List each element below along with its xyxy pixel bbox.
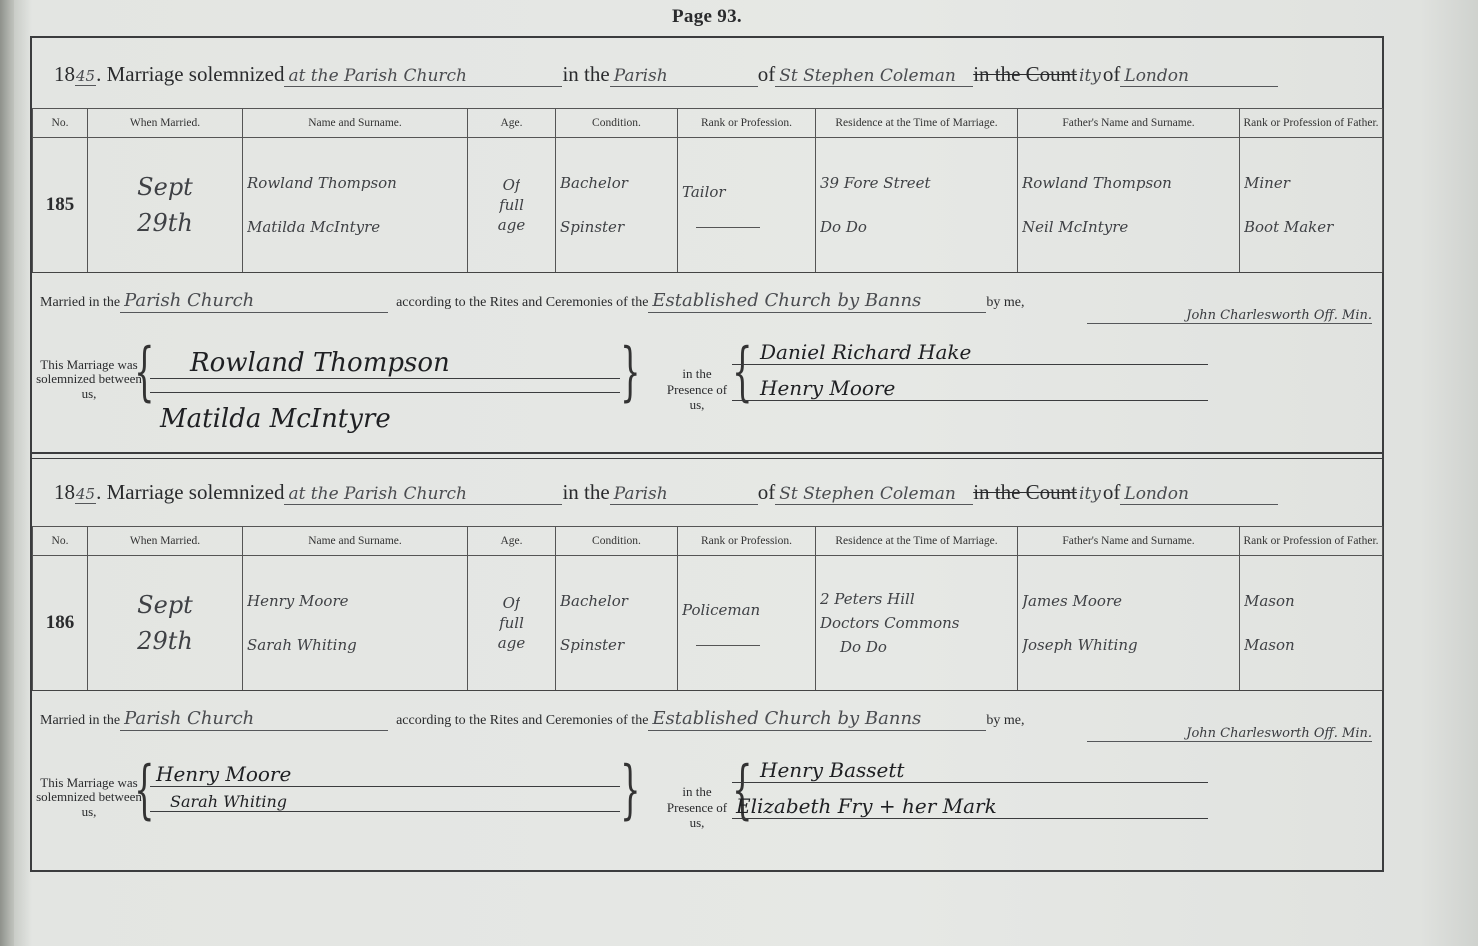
printed-text: by me,: [986, 713, 1024, 729]
header-name: Name and Surname.: [243, 527, 468, 556]
married-in-field: Parish Church: [120, 708, 388, 731]
witness-1-signature: Henry Bassett: [732, 758, 1208, 783]
printed-text: by me,: [986, 295, 1024, 311]
signature-rule: [150, 392, 620, 393]
condition-cell: Bachelor Spinster: [556, 138, 678, 273]
header-father-rank: Rank or Profession of Father.: [1240, 109, 1383, 138]
column-headers: No. When Married. Name and Surname. Age.…: [33, 109, 1383, 138]
rank-cell: Tailor: [678, 138, 816, 273]
bride-name: Matilda McIntyre: [247, 218, 463, 236]
year-suffix: 45: [75, 67, 96, 86]
age-text: Of: [503, 594, 521, 612]
heading-text: in the: [562, 62, 609, 87]
father-name-cell: Rowland Thompson Neil McIntyre: [1018, 138, 1240, 273]
ledger-bottom-rule: [30, 870, 1384, 872]
age-text: age: [498, 216, 525, 234]
printed-text: according to the Rites and Ceremonies of…: [396, 295, 648, 311]
groom-signature: Henry Moore: [150, 762, 620, 787]
father-name-cell: James Moore Joseph Whiting: [1018, 556, 1240, 691]
groom-residence: 39 Fore Street: [820, 174, 1013, 192]
age-text: age: [498, 634, 525, 652]
officiant-signature: John Charlesworth Off. Min.: [1087, 726, 1372, 742]
brace-right: }: [620, 340, 640, 404]
marriage-entry-185: 1845. Marriage solemnized at the Parish …: [32, 40, 1382, 454]
county-field: London: [1120, 66, 1278, 87]
groom-father-rank: Mason: [1244, 592, 1378, 610]
age-cell: Of full age: [468, 138, 556, 273]
presence-label: in the Presence of us,: [662, 366, 732, 413]
groom-signature: Rowland Thompson: [150, 348, 620, 379]
names-cell: Rowland Thompson Matilda McIntyre: [243, 138, 468, 273]
names-cell: Henry Moore Sarah Whiting: [243, 556, 468, 691]
day: 29th: [137, 209, 193, 237]
parish-field: St Stephen Coleman: [775, 484, 973, 505]
header-age: Age.: [468, 527, 556, 556]
groom-residence-2: Doctors Commons: [820, 614, 1013, 632]
residence-cell: 39 Fore Street Do Do: [816, 138, 1018, 273]
bride-signature: Sarah Whiting: [150, 792, 620, 812]
month: Sept: [137, 173, 193, 201]
married-in-line: Married in the Parish Church according t…: [40, 708, 1025, 731]
blank-dash: [696, 645, 760, 646]
year-prefix: 18: [54, 62, 75, 87]
bride-father-rank: Boot Maker: [1244, 218, 1378, 236]
heading-text: of: [1103, 62, 1121, 87]
table-row: 185 Sept 29th Rowland Thompson Matilda M…: [33, 138, 1383, 273]
groom-father: James Moore: [1022, 592, 1235, 610]
officiant-signature: John Charlesworth Off. Min.: [1087, 308, 1372, 324]
between-us-label: This Marriage was solemnized between us,: [36, 776, 142, 819]
age-text: full: [499, 614, 524, 632]
groom-residence: 2 Peters Hill: [820, 590, 1013, 608]
printed-text: Married in the: [40, 713, 120, 729]
groom-rank: Tailor: [682, 183, 811, 201]
header-father-name: Father's Name and Surname.: [1018, 527, 1240, 556]
bride-father: Joseph Whiting: [1022, 636, 1235, 654]
header-rank: Rank or Profession.: [678, 527, 816, 556]
heading-text: of: [758, 62, 776, 87]
place-field: at the Parish Church: [284, 66, 562, 87]
blank-dash: [696, 227, 760, 228]
groom-father-rank: Miner: [1244, 174, 1378, 192]
heading-text: in the Count: [973, 480, 1077, 505]
groom-father: Rowland Thompson: [1022, 174, 1235, 192]
when-married-cell: Sept 29th: [88, 138, 243, 273]
district-field: Parish: [610, 66, 758, 87]
header-condition: Condition.: [556, 109, 678, 138]
entry-number: 186: [33, 556, 88, 691]
heading-text: . Marriage solemnized: [96, 62, 284, 87]
groom-condition: Bachelor: [560, 174, 673, 192]
witness-2-signature: Elizabeth Fry + her Mark: [732, 794, 1208, 819]
rites-field: Established Church by Banns: [648, 708, 986, 731]
county-correction: ity: [1077, 484, 1103, 504]
day: 29th: [137, 627, 193, 655]
bride-condition: Spinster: [560, 636, 673, 654]
witness-1-signature: Daniel Richard Hake: [732, 340, 1208, 365]
header-father-rank: Rank or Profession of Father.: [1240, 527, 1383, 556]
bride-name: Sarah Whiting: [247, 636, 463, 654]
bride-signature: Matilda McIntyre: [160, 404, 391, 434]
groom-rank: Policeman: [682, 601, 811, 619]
header-father-name: Father's Name and Surname.: [1018, 109, 1240, 138]
age-text: full: [499, 196, 524, 214]
condition-cell: Bachelor Spinster: [556, 556, 678, 691]
father-rank-cell: Mason Mason: [1240, 556, 1383, 691]
entry-heading: 1845. Marriage solemnized at the Parish …: [54, 62, 1278, 87]
heading-text: of: [1103, 480, 1121, 505]
entry-number: 185: [33, 138, 88, 273]
place-field: at the Parish Church: [284, 484, 562, 505]
between-us-label: This Marriage was solemnized between us,: [36, 358, 142, 401]
year-suffix: 45: [75, 485, 96, 504]
printed-text: Married in the: [40, 295, 120, 311]
presence-label: in the Presence of us,: [662, 784, 732, 831]
married-in-line: Married in the Parish Church according t…: [40, 290, 1025, 313]
entry-heading: 1845. Marriage solemnized at the Parish …: [54, 480, 1278, 505]
bride-residence: Do Do: [820, 218, 1013, 236]
marriage-entry-186: 1845. Marriage solemnized at the Parish …: [32, 458, 1382, 870]
register-table: No. When Married. Name and Surname. Age.…: [32, 108, 1383, 273]
residence-cell: 2 Peters Hill Doctors Commons Do Do: [816, 556, 1018, 691]
bride-condition: Spinster: [560, 218, 673, 236]
header-name: Name and Surname.: [243, 109, 468, 138]
district-field: Parish: [610, 484, 758, 505]
printed-text: according to the Rites and Ceremonies of…: [396, 713, 648, 729]
header-when-married: When Married.: [88, 527, 243, 556]
heading-text: of: [758, 480, 776, 505]
column-headers: No. When Married. Name and Surname. Age.…: [33, 527, 1383, 556]
table-row: 186 Sept 29th Henry Moore Sarah Whiting: [33, 556, 1383, 691]
rank-cell: Policeman: [678, 556, 816, 691]
header-no: No.: [33, 109, 88, 138]
county-correction: ity: [1077, 66, 1103, 86]
bride-residence: Do Do: [820, 638, 1013, 656]
header-rank: Rank or Profession.: [678, 109, 816, 138]
father-rank-cell: Miner Boot Maker: [1240, 138, 1383, 273]
year-prefix: 18: [54, 480, 75, 505]
brace-right: }: [620, 758, 640, 822]
bride-father: Neil McIntyre: [1022, 218, 1235, 236]
header-condition: Condition.: [556, 527, 678, 556]
month: Sept: [137, 591, 193, 619]
header-when-married: When Married.: [88, 109, 243, 138]
page-number: Page 93.: [672, 6, 742, 28]
header-no: No.: [33, 527, 88, 556]
heading-text: . Marriage solemnized: [96, 480, 284, 505]
register-table: No. When Married. Name and Surname. Age.…: [32, 526, 1383, 691]
heading-text: in the: [562, 480, 609, 505]
county-field: London: [1120, 484, 1278, 505]
heading-text: in the Count: [973, 62, 1077, 87]
married-in-field: Parish Church: [120, 290, 388, 313]
witness-2-signature: Henry Moore: [732, 376, 1208, 401]
header-residence: Residence at the Time of Marriage.: [816, 109, 1018, 138]
parish-field: St Stephen Coleman: [775, 66, 973, 87]
header-residence: Residence at the Time of Marriage.: [816, 527, 1018, 556]
when-married-cell: Sept 29th: [88, 556, 243, 691]
age-cell: Of full age: [468, 556, 556, 691]
age-text: Of: [503, 176, 521, 194]
groom-condition: Bachelor: [560, 592, 673, 610]
header-age: Age.: [468, 109, 556, 138]
groom-name: Henry Moore: [247, 592, 463, 610]
groom-name: Rowland Thompson: [247, 174, 463, 192]
bride-father-rank: Mason: [1244, 636, 1378, 654]
rites-field: Established Church by Banns: [648, 290, 986, 313]
